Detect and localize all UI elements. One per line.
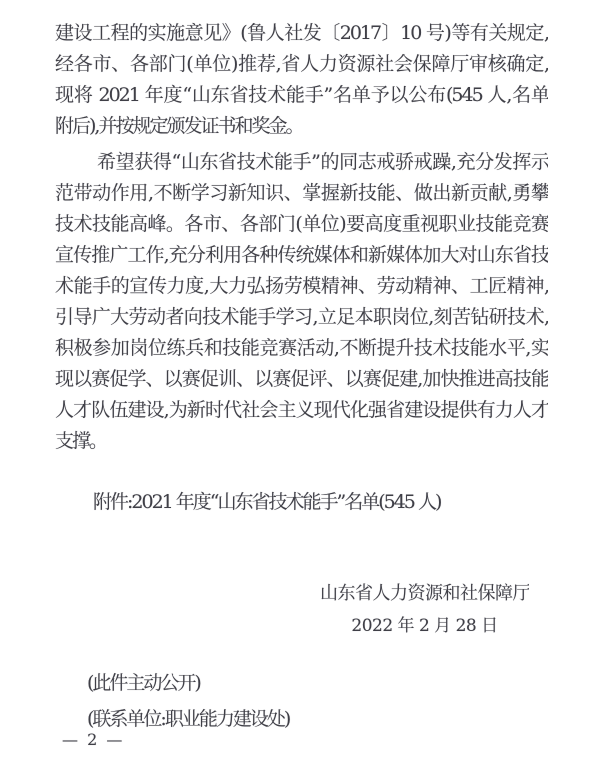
text-line: 宣传推广工作,充分利用各种传统媒体和新媒体加大对山东省技 <box>55 240 548 271</box>
signature-block: 山东省人力资源和社保障厅 2022 年 2 月 28 日 <box>320 577 529 643</box>
text-line: 经各市、各部门(单位)推荐,省人力资源社会保障厅审核确定, <box>55 49 548 80</box>
text-line: 技术技能高峰。各市、各部门(单位)要高度重视职业技能竞赛 <box>55 209 548 240</box>
text-line: 引导广大劳动者向技术能手学习,立足本职岗位,刻苦钻研技术, <box>55 302 548 333</box>
text-line: 建设工程的实施意见》(鲁人社发〔2017〕10 号)等有关规定, <box>55 18 548 49</box>
body-paragraph-2: 希望获得“山东省技术能手”的同志戒骄戒躁,充分发挥示 范带动作用,不断学习新知识… <box>55 147 548 457</box>
text-line: 积极参加岗位练兵和技能竞赛活动,不断提升技术技能水平,实 <box>55 333 548 364</box>
text-line: 支撑。 <box>55 426 548 457</box>
text-line: 希望获得“山东省技术能手”的同志戒骄戒躁,充分发挥示 <box>55 147 548 178</box>
text-line: 现将 2021 年度“山东省技术能手”名单予以公布(545 人,名单 <box>55 80 548 111</box>
text-line: 人才队伍建设,为新时代社会主义现代化强省建设提供有力人才 <box>55 395 548 426</box>
text-line: 范带动作用,不断学习新知识、掌握新技能、做出新贡献,勇攀 <box>55 178 548 209</box>
attachment-line: 附件:2021 年度“山东省技术能手”名单(545 人) <box>55 487 548 518</box>
body-paragraph-1: 建设工程的实施意见》(鲁人社发〔2017〕10 号)等有关规定, 经各市、各部门… <box>55 18 548 142</box>
text-line: 附后),并按规定颁发证书和奖金。 <box>55 111 548 142</box>
text-line: 现以赛促学、以赛促训、以赛促评、以赛促建,加快推进高技能 <box>55 364 548 395</box>
text-line: 术能手的宣传力度,大力弘扬劳模精神、劳动精神、工匠精神, <box>55 271 548 302</box>
document-page: 建设工程的实施意见》(鲁人社发〔2017〕10 号)等有关规定, 经各市、各部门… <box>0 0 601 758</box>
note-contact: (联系单位:职业能力建设处) <box>87 704 507 735</box>
signature-organization: 山东省人力资源和社保障厅 <box>320 577 529 610</box>
note-disclosure: (此件主动公开) <box>87 668 507 699</box>
signature-date: 2022 年 2 月 28 日 <box>320 610 529 643</box>
page-number: — 2 — <box>62 729 124 751</box>
